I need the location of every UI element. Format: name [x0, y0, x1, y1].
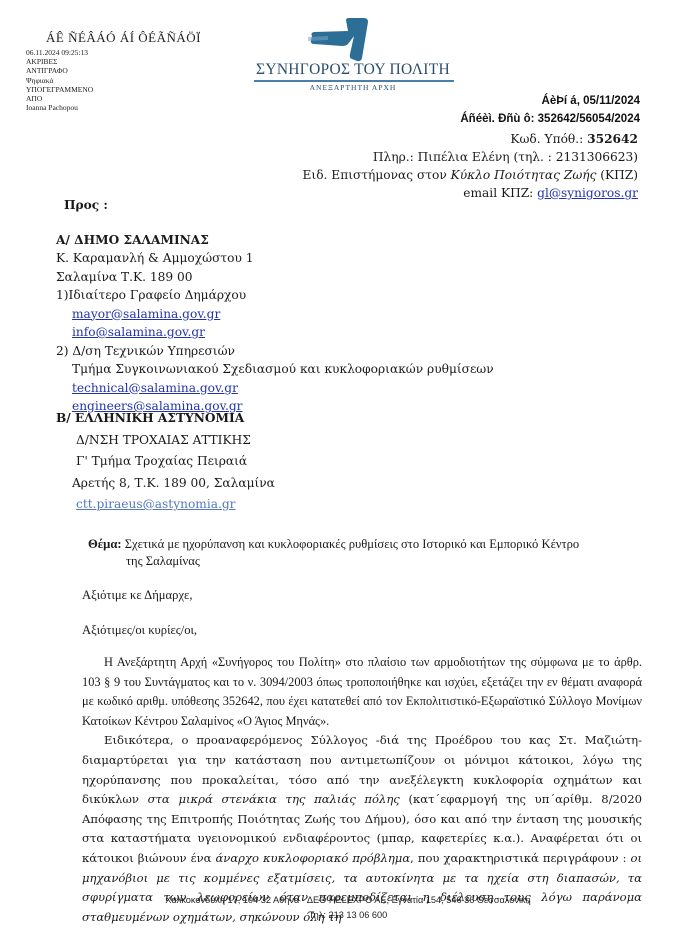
greeting-mayor: Αξιότιμε κε Δήμαρχε,: [82, 588, 192, 603]
footer-address: Χαλκοκονδύλη 17, 104 32 Αθήνα - ΔΕΘ HELE…: [0, 893, 696, 908]
footer-phone: Τηλ: 213 13 06 600: [0, 908, 696, 923]
protocol-number: Áñéèì. Ðñù ô: 352642/56054/2024: [460, 110, 640, 128]
recipient-a-dept2: 2) Δ/ση Τεχνικών Υπηρεσιών: [56, 342, 494, 361]
recipient-a-heading: Α/ ΔΗΜΟ ΣΑΛΑΜΙΝΑΣ: [56, 231, 494, 250]
stamp-timestamp: 06.11.2024 09:25:13: [26, 48, 201, 57]
logo-divider: [254, 80, 454, 82]
greeting-all: Αξιότιμες/οι κυρίες/οι,: [82, 623, 197, 638]
ombudsman-logo: ΣΥΝΗΓΟΡΟΣ ΤΟΥ ΠΟΛΙΤΗ ΑΝΕΞΑΡΤΗΤΗ ΑΡΧΗ: [248, 18, 458, 98]
page-footer: Χαλκοκονδύλη 17, 104 32 Αθήνα - ΔΕΘ HELE…: [0, 893, 696, 923]
reference-block: ÁèÞí á, 05/11/2024 Áñéèì. Ðñù ô: 352642/…: [460, 92, 640, 128]
subject-text-cont: της Σαλαμίνας: [88, 553, 668, 570]
recipient-b-heading: Β/ ΕΛΛΗΝΙΚΗ ΑΣΤΥΝΟΜΙΑ: [56, 408, 275, 430]
recipient-b-line2: Γ' Τμήμα Τροχαίας Πειραιά: [56, 451, 275, 473]
subject: Θέμα: Σχετικά με ηχορύπανση και κυκλοφορ…: [88, 536, 668, 570]
recipient-a-address: Κ. Καραμανλή & Αμμοχώστου 1: [56, 249, 494, 268]
stamp-garbled-title: ÁÊ ÑÉÂÁÓ ÁÍ ÔÉÃÑÁÖÏ: [46, 30, 201, 46]
logo-name: ΣΥΝΗΓΟΡΟΣ ΤΟΥ ΠΟΛΙΤΗ: [248, 61, 458, 79]
contact-person: Πληρ.: Πιπέλια Ελένη (τηλ. : 2131306623): [303, 148, 638, 166]
case-number: 352642: [587, 132, 638, 146]
email-link-mayor[interactable]: mayor@salamina.gov.gr: [72, 307, 220, 321]
email-link-info[interactable]: info@salamina.gov.gr: [72, 325, 205, 339]
digital-signature-stamp: ÁÊ ÑÉÂÁÓ ÁÍ ÔÉÃÑÁÖÏ 06.11.2024 09:25:13 …: [26, 30, 201, 112]
specialist-role: Ειδ. Επιστήμονας στον Κύκλο Ποιότητας Ζω…: [303, 166, 638, 184]
subject-label: Θέμα:: [88, 537, 122, 551]
recipient-a-dept1: 1)Ιδιαίτερο Γραφείο Δημάρχου: [56, 286, 494, 305]
recipient-b-line1: Δ/ΝΣΗ ΤΡΟΧΑΙΑΣ ΑΤΤΙΚΗΣ: [56, 430, 275, 452]
case-code: Κωδ. Υπόθ.: 352642: [303, 130, 638, 148]
subject-text: Σχετικά με ηχορύπανση και κυκλοφοριακές …: [122, 537, 580, 551]
email-link-police[interactable]: ctt.piraeus@astynomia.gr: [76, 497, 236, 511]
stamp-line: ΑΚΡΙΒΕΣ: [26, 57, 201, 66]
arrow-logo-icon: [308, 18, 398, 62]
stamp-line: Ψηφιακά: [26, 76, 201, 85]
stamp-signer: Ioanna Pachopou: [26, 103, 201, 112]
paragraph-1: Η Ανεξάρτητη Αρχή «Συνήγορος του Πολίτη»…: [82, 653, 642, 731]
case-meta: Κωδ. Υπόθ.: 352642 Πληρ.: Πιπέλια Ελένη …: [303, 130, 638, 202]
recipients-a: Προς : Α/ ΔΗΜΟ ΣΑΛΑΜΙΝΑΣ Κ. Καραμανλή & …: [56, 196, 494, 416]
recipient-a-postcode: Σαλαμίνα Τ.Κ. 189 00: [56, 268, 494, 287]
recipient-b-address: Αρετής 8, Τ.Κ. 189 00, Σαλαμίνα: [56, 473, 275, 495]
logo-subtitle: ΑΝΕΞΑΡΤΗΤΗ ΑΡΧΗ: [248, 83, 458, 92]
email-link-technical[interactable]: technical@salamina.gov.gr: [72, 381, 238, 395]
to-label: Προς :: [64, 196, 494, 215]
recipient-a-dept2-sub: Τμήμα Συγκοινωνιακού Σχεδιασμού και κυκλ…: [56, 360, 494, 379]
stamp-line: ΑΝΤΙΓΡΑΦΟ: [26, 66, 201, 75]
stamp-line: ΑΠΟ: [26, 94, 201, 103]
stamp-line: ΥΠΟΓΕΓΡΑΜΜΕΝΟ: [26, 85, 201, 94]
recipients-b: Β/ ΕΛΛΗΝΙΚΗ ΑΣΤΥΝΟΜΙΑ Δ/ΝΣΗ ΤΡΟΧΑΙΑΣ ΑΤΤ…: [56, 408, 275, 516]
letter-body: Η Ανεξάρτητη Αρχή «Συνήγορος του Πολίτη»…: [82, 653, 642, 927]
place-date: ÁèÞí á, 05/11/2024: [460, 92, 640, 110]
email-link-kpz[interactable]: gl@synigoros.gr: [537, 186, 638, 200]
